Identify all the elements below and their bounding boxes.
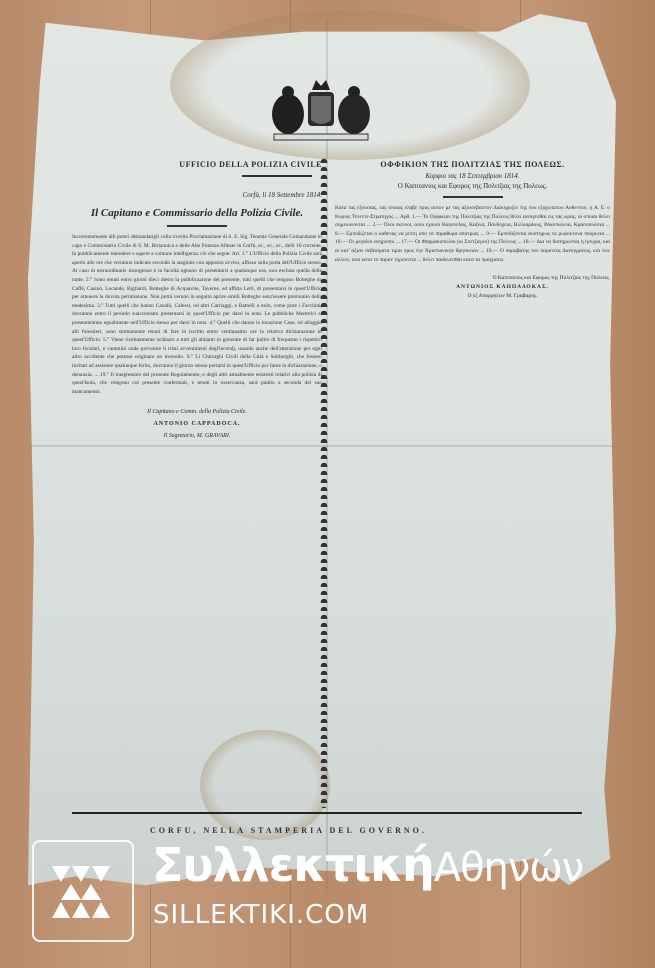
signature-title: Il Capitano e Comm. della Polizia Civile… (72, 406, 322, 418)
printer-line: CORFU, NELLA STAMPERIA DEL GOVERNO. (150, 826, 427, 835)
date-line: Κορφοι τας 18 Σεπτεμβριου 1814. (335, 172, 610, 180)
office-title: ΟΦΦΙΚΙΟΝ ΤΗΣ ΠΟΛΙΤΖΙΑΣ ΤΗΣ ΠΟΛΕΩΣ. (335, 160, 610, 169)
office-title: UFFICIO DELLA POLIZIA CIVILE (72, 160, 322, 169)
divider (167, 225, 227, 227)
signature-title: Ο Καπιτανιος και Εφορος της Πολιτζιας τη… (335, 274, 610, 283)
bottom-rule (72, 812, 582, 814)
brand-light: Αθηνών (434, 845, 583, 891)
body-text: Incorrentemente alli poteri demandatigli… (72, 233, 322, 396)
royal-coat-of-arms-icon (268, 76, 374, 148)
ornamental-border (319, 158, 329, 808)
divider (443, 196, 503, 198)
watermark-url: SILLEKTIKI.COM (153, 900, 369, 930)
signature-name: ANTONIO CAPPADOCA. (72, 418, 322, 430)
secretary: Il Segretario, M. GRAVARI. (72, 430, 322, 442)
greek-column: ΟΦΦΙΚΙΟΝ ΤΗΣ ΠΟΛΙΤΖΙΑΣ ΤΗΣ ΠΟΛΕΩΣ. Κορφο… (335, 160, 610, 301)
heading: Il Capitano e Commissario della Polizia … (72, 207, 322, 219)
watermark-brand: ΣυλλεκτικήΑθηνών (152, 838, 583, 892)
signature-block: Il Capitano e Comm. della Polizia Civile… (72, 406, 322, 442)
date-line: Corfù, li 18 Settembre 1814. (72, 191, 322, 199)
water-stain (200, 730, 330, 840)
divider (242, 175, 312, 177)
body-text: Κατα τας εξουσιας, τας οποιας ελαβε προς… (335, 204, 610, 264)
heading: Ο Καπιτανιος και Εφορος της Πολιτζιας τη… (335, 182, 610, 190)
triangles-logo-icon (52, 866, 110, 918)
signature-block: Ο Καπιτανιος και Εφορος της Πολιτζιας τη… (335, 274, 610, 301)
signature-name: ΑΝΤΩΝΙΟΣ ΚΑΠΠΑΔΟΚΑΣ. (395, 283, 610, 292)
italian-column: UFFICIO DELLA POLIZIA CIVILE Corfù, li 1… (72, 160, 322, 442)
brand-bold: Συλλεκτική (152, 838, 434, 892)
secretary: Ο εξ Απορρητων Μ. Γραβαρης. (395, 292, 610, 301)
